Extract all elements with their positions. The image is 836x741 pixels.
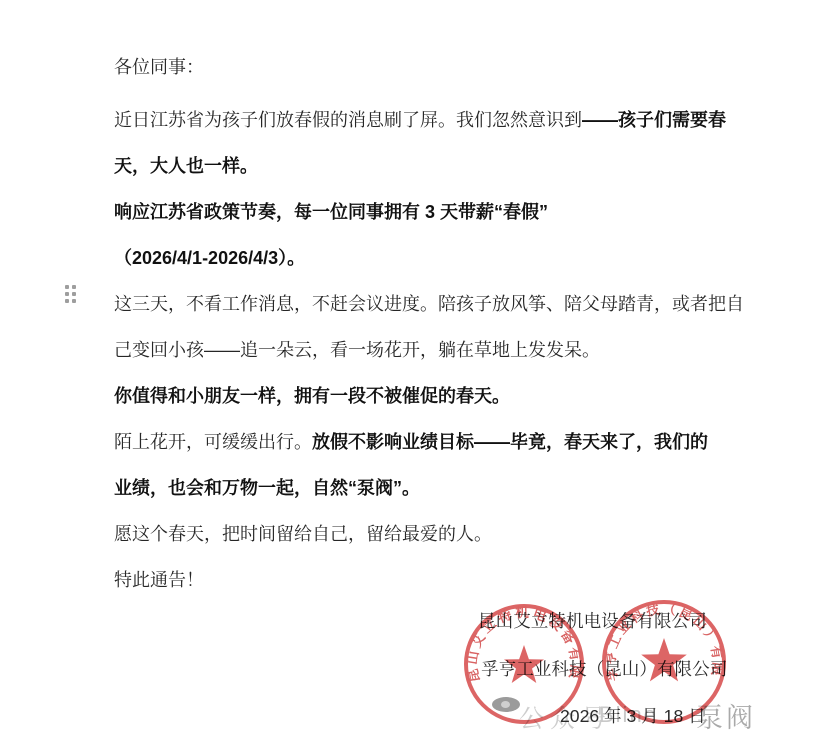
text-run: 陌上花开，可缓缓出行。	[114, 432, 312, 452]
text-run: （2026/4/1-2026/4/3）。	[114, 248, 305, 268]
seal-star-icon	[641, 638, 687, 681]
text-line: 陌上花开，可缓缓出行。放假不影响业绩目标——毕竟，春天来了，我们的	[114, 419, 754, 465]
text-run: 天，大人也一样。	[114, 156, 258, 176]
notice-body: 各位同事：近日江苏省为孩子们放春假的消息刷了屏。我们忽然意识到——孩子们需要春天…	[114, 44, 754, 603]
text-run: 响应江苏省政策节奏，每一位同事拥有 3 天带薪“春假”	[114, 202, 548, 222]
text-line: （2026/4/1-2026/4/3）。	[114, 235, 754, 281]
text-run: 这三天，不看工作消息，不赶会议进度。陪孩子放风筝、陪父母踏青，或者把自	[114, 294, 744, 314]
text-line: 业绩，也会和万物一起，自然“泵阀”。	[114, 465, 754, 511]
drag-handle-icon[interactable]	[65, 285, 78, 304]
text-run: ——孩子们需要春	[582, 110, 726, 130]
text-line: 这三天，不看工作消息，不赶会议进度。陪孩子放风筝、陪父母踏青，或者把自	[114, 281, 754, 327]
company-seal-right: 孚亨工业科技（昆山）有限公司	[597, 595, 731, 729]
text-line: 天，大人也一样。	[114, 143, 754, 189]
document-page: 公众号 Bline 泵阀 各位同事：近日江苏省为孩子们放春假的消息刷了屏。我们忽…	[0, 0, 836, 741]
text-run: 各位同事：	[114, 57, 204, 77]
text-line: 响应江苏省政策节奏，每一位同事拥有 3 天带薪“春假”	[114, 189, 754, 235]
text-run: 己变回小孩——追一朵云，看一场花开，躺在草地上发发呆。	[114, 340, 600, 360]
text-line: 近日江苏省为孩子们放春假的消息刷了屏。我们忽然意识到——孩子们需要春	[114, 97, 754, 143]
text-line: 愿这个春天，把时间留给自己，留给最爱的人。	[114, 511, 754, 557]
text-run: 近日江苏省为孩子们放春假的消息刷了屏。我们忽然意识到	[114, 110, 582, 130]
text-line: 己变回小孩——追一朵云，看一场花开，躺在草地上发发呆。	[114, 327, 754, 373]
text-line: 你值得和小朋友一样，拥有一段不被催促的春天。	[114, 373, 754, 419]
text-run: 愿这个春天，把时间留给自己，留给最爱的人。	[114, 524, 492, 544]
text-run: 特此通告！	[114, 570, 204, 590]
text-run: 你值得和小朋友一样，拥有一段不被催促的春天。	[114, 386, 510, 406]
text-run: 放假不影响业绩目标——毕竟，春天来了，我们的	[312, 432, 708, 452]
seal-star-icon	[504, 645, 544, 683]
text-run: 业绩，也会和万物一起，自然“泵阀”。	[114, 478, 420, 498]
company-seal-left: 昆山艾立特机电设备有限公司	[461, 601, 587, 727]
text-line: 各位同事：	[114, 44, 754, 90]
